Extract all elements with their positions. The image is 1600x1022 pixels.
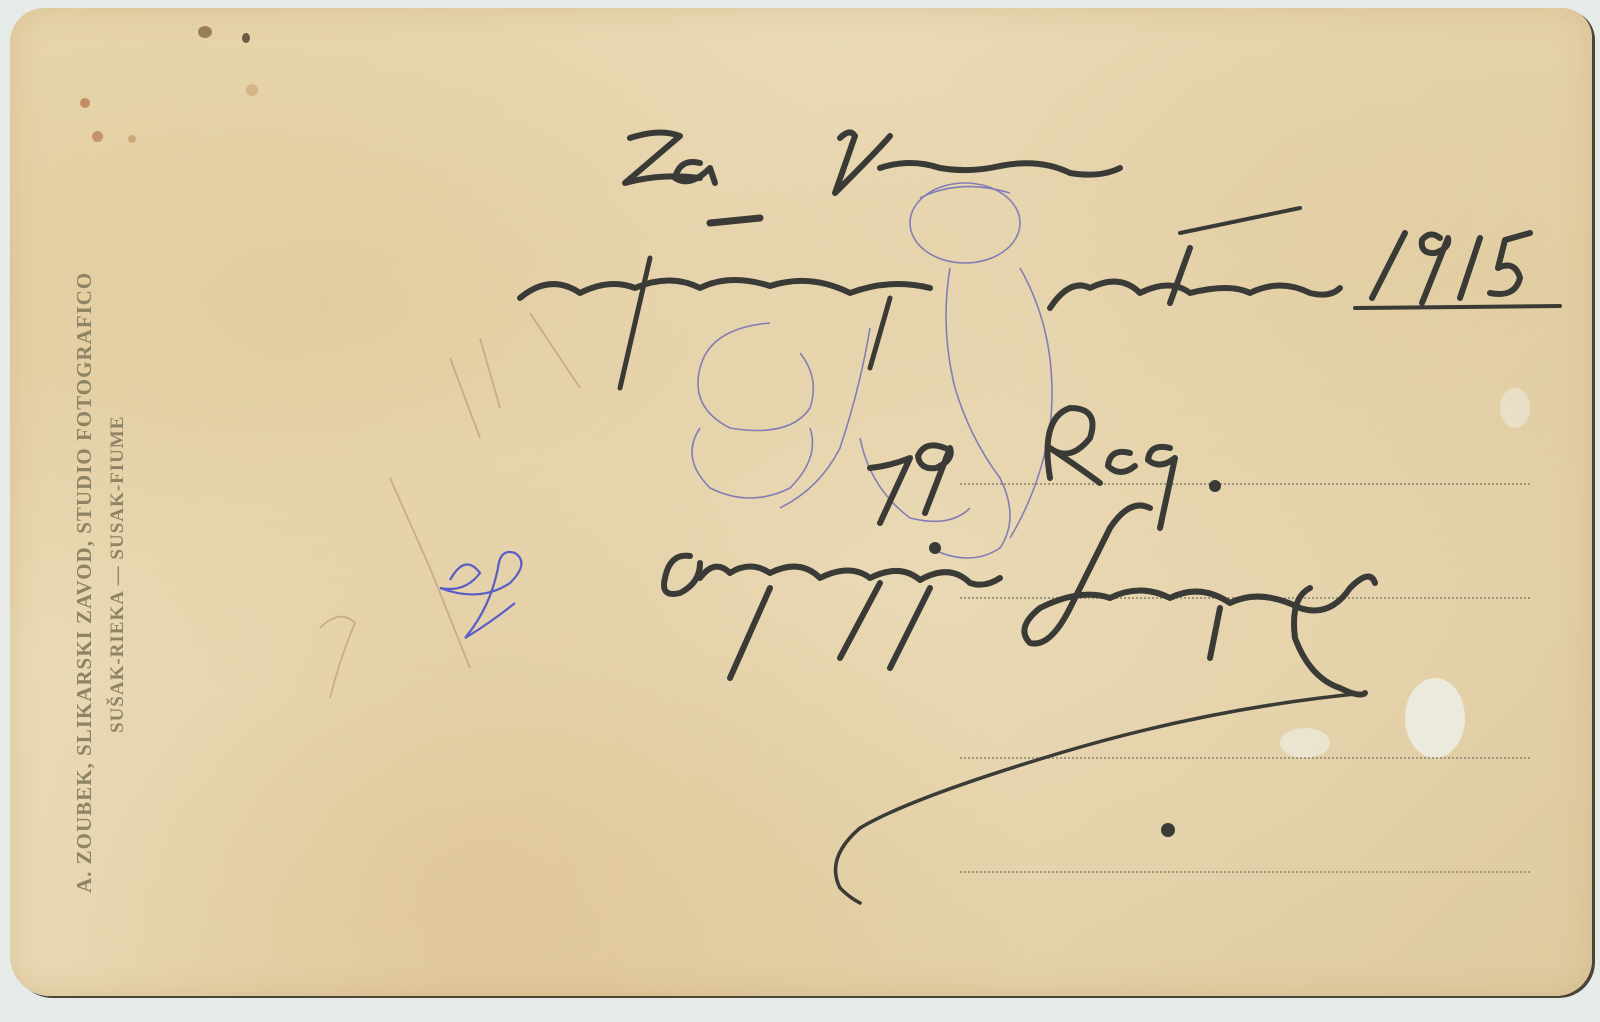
handwritten-ink [10, 8, 1592, 996]
postcard-back: A. ZOUBEK, SLIKARSKI ZAVOD, STUDIO FOTOG… [10, 8, 1592, 996]
